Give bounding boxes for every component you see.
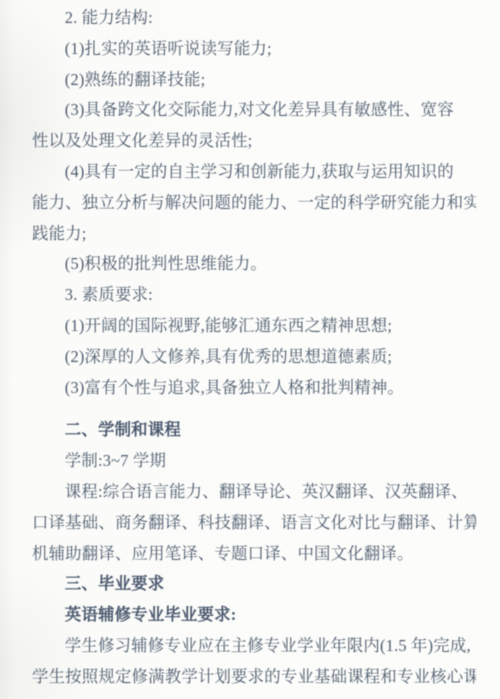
list-item-4-continuation-2: 践能力; [32, 219, 476, 250]
list-item-5: (5)积极的批判性思维能力。 [32, 249, 476, 280]
heading-quality-requirements: 3. 素质要求: [32, 280, 476, 311]
courses-line: 课程:综合语言能力、翻译导论、英汉翻译、汉英翻译、 [32, 477, 476, 508]
graduation-paragraph-line: 学生修习辅修专业应在主修专业学业年限内(1.5 年)完成, [32, 631, 476, 662]
quality-item-3: (3)富有个性与追求,具备独立人格和批判精神。 [32, 373, 476, 404]
section-heading-graduation-requirements: 三、毕业要求 [32, 569, 476, 600]
graduation-paragraph-continuation: 学生按照规定修满教学计划要求的专业基础课程和专业核心课 [32, 662, 476, 693]
quality-item-2: (2)深厚的人文修养,具有优秀的思想道德素质; [32, 342, 476, 373]
document-page: 2. 能力结构: (1)扎实的英语听说读写能力; (2)熟练的翻译技能; (3)… [0, 0, 500, 699]
heading-ability-structure: 2. 能力结构: [32, 3, 476, 34]
section-heading-schooling-and-courses: 二、学制和课程 [32, 415, 476, 446]
list-item-4-continuation: 能力、独立分析与解决问题的能力、一定的科学研究能力和实 [32, 188, 476, 219]
list-item-3-continuation: 性以及处理文化差异的灵活性; [32, 126, 476, 157]
subheading-english-minor-graduation: 英语辅修专业毕业要求: [32, 600, 476, 631]
list-item-4: (4)具有一定的自主学习和创新能力,获取与运用知识的 [32, 157, 476, 188]
document-text-block: 2. 能力结构: (1)扎实的英语听说读写能力; (2)熟练的翻译技能; (3)… [0, 0, 500, 693]
list-item-3: (3)具备跨文化交际能力,对文化差异具有敏感性、宽容 [32, 95, 476, 126]
courses-line-continuation: 口译基础、商务翻译、科技翻译、语言文化对比与翻译、计算 [32, 508, 476, 539]
courses-line-continuation-2: 机辅助翻译、应用笔译、专题口译、中国文化翻译。 [32, 539, 476, 570]
list-item-1: (1)扎实的英语听说读写能力; [32, 34, 476, 65]
list-item-2: (2)熟练的翻译技能; [32, 65, 476, 96]
quality-item-1: (1)开阔的国际视野,能够汇通东西之精神思想; [32, 311, 476, 342]
schooling-length-line: 学制:3~7 学期 [32, 446, 476, 477]
